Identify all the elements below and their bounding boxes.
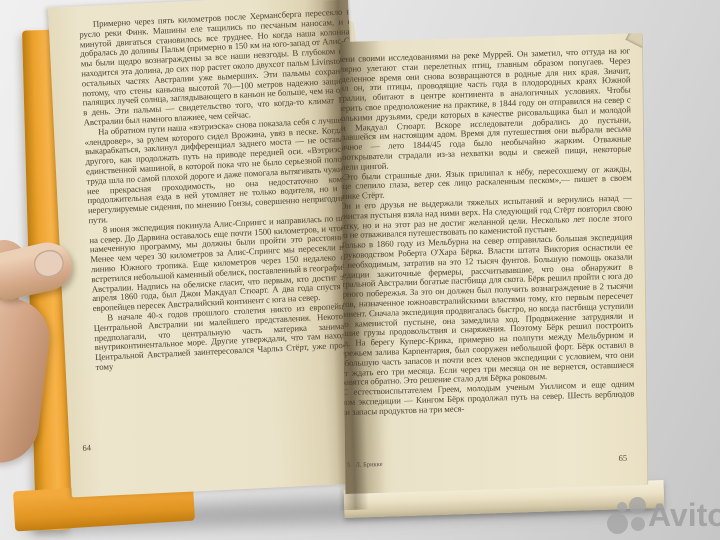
book-page-right: времени своими исследованиями на реке Му… xyxy=(340,33,648,494)
thumb-nail xyxy=(31,247,66,280)
avito-logo-icon xyxy=(600,494,648,536)
right-page-text: времени своими исследованиями на реке Му… xyxy=(340,46,634,418)
photo-background: Примерно через пять километров после Хер… xyxy=(0,0,720,540)
page-paragraph: Только в 1860 году из Мельбурна на север… xyxy=(340,233,634,389)
page-number-65: 65 xyxy=(618,453,627,463)
hand xyxy=(0,0,130,540)
avito-watermark: Avito xyxy=(600,494,720,536)
hand-palm xyxy=(0,294,54,468)
avito-watermark-text: Avito xyxy=(648,497,720,534)
page-paragraph: времени своими исследованиями на реке Му… xyxy=(340,46,631,173)
